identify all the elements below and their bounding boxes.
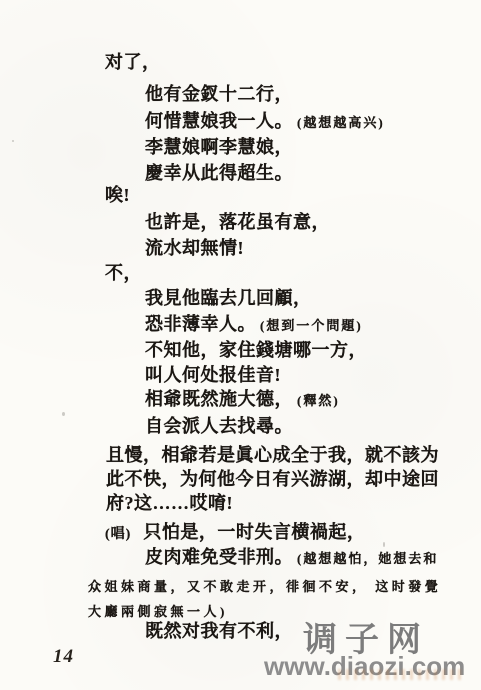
verse-text: 既然对我有不利，	[145, 621, 293, 641]
stage-direction-inline: (越想越高兴)	[297, 115, 385, 130]
verse-text: 我見他臨去几回顧，	[145, 288, 312, 308]
verse-text: 也許是，落花虽有意，	[145, 212, 330, 232]
verse-text: 恐非薄幸人。	[145, 314, 256, 334]
watermark-artifact	[338, 669, 466, 680]
verse-text: 流水却無情!	[145, 238, 244, 258]
verse-text: 相爺既然施大德，	[145, 389, 293, 409]
scan-speck	[62, 412, 65, 416]
script-line-verse: 我見他臨去几回顧，	[145, 288, 312, 308]
prose-text: 此不快，为何他今日有兴游湖，却中途回	[106, 469, 439, 489]
stage-direction-inline: (釋然)	[297, 393, 340, 408]
script-line-verse: 流水却無情!	[145, 238, 244, 258]
script-line-verse: 皮肉难免受非刑。(越想越怕，她想去和	[145, 547, 438, 569]
script-line-verse: 自会派人去找尋。	[145, 416, 293, 436]
verse-text: 只怕是，一时失言横禍起，	[143, 522, 365, 542]
verse-text: 叫人何处报佳音!	[145, 365, 281, 385]
verse-text: 自会派人去找尋。	[145, 416, 293, 436]
page-number: 14	[53, 646, 74, 668]
script-line-cue: 唉!	[105, 185, 130, 205]
script-line-verse: 不知他，家住錢塘哪一方，	[145, 340, 367, 360]
scanned-page: 对了， 他有金釵十二行， 何惜慧娘我一人。(越想越高兴) 李慧娘啊李慧娘， 慶幸…	[0, 0, 481, 690]
script-line-verse: 恐非薄幸人。(想到一个問題)	[145, 314, 363, 336]
script-line-cue: 不，	[105, 263, 142, 283]
stage-direction-line: 大廳兩側寂無一人)	[88, 602, 228, 622]
script-line-sung-verse: (唱)只怕是，一时失言横禍起，	[105, 522, 365, 545]
script-line-prose: 且慢，相爺若是眞心成全于我，就不該为	[106, 445, 439, 465]
stage-direction-text: 大廳兩側寂無一人)	[88, 604, 228, 619]
verse-text: 皮肉难免受非刑。	[145, 547, 293, 567]
script-line-cue: 对了，	[105, 52, 161, 72]
verse-text: 何惜慧娘我一人。	[145, 111, 293, 131]
script-line-prose: 府?这……哎唷!	[106, 493, 233, 513]
script-line-verse: 他有金釵十二行，	[145, 84, 293, 104]
sing-tag: (唱)	[105, 527, 131, 542]
script-line-verse: 李慧娘啊李慧娘，	[145, 137, 293, 157]
verse-text: 李慧娘啊李慧娘，	[145, 137, 293, 157]
stage-direction-inline: (想到一个問題)	[260, 318, 363, 333]
scan-speck	[12, 140, 14, 142]
verse-text: 慶幸从此得超生。	[145, 163, 293, 183]
stage-direction-text: 众姐妹商量，又不敢走开，徘徊不安， 这时發覺	[88, 579, 441, 594]
script-line-verse: 也許是，落花虽有意，	[145, 212, 330, 232]
verse-text: 他有金釵十二行，	[145, 84, 293, 104]
script-line-verse: 何惜慧娘我一人。(越想越高兴)	[145, 111, 385, 133]
scan-speck	[383, 542, 385, 547]
script-line-verse: 叫人何处报佳音!	[145, 365, 281, 385]
script-line-verse: 既然对我有不利，	[145, 621, 293, 641]
script-line-verse: 慶幸从此得超生。	[145, 163, 293, 183]
cue-text: 对了，	[105, 52, 161, 72]
script-line-verse: 相爺既然施大德，(釋然)	[145, 389, 340, 411]
stage-direction-inline: (越想越怕，她想去和	[297, 551, 438, 566]
stage-direction-line: 众姐妹商量，又不敢走开，徘徊不安， 这时發覺	[88, 577, 441, 597]
verse-text: 不知他，家住錢塘哪一方，	[145, 340, 367, 360]
script-line-prose: 此不快，为何他今日有兴游湖，却中途回	[106, 469, 439, 489]
cue-text: 不，	[105, 263, 142, 283]
prose-text: 府?这……哎唷!	[106, 493, 233, 513]
prose-text: 且慢，相爺若是眞心成全于我，就不該为	[106, 445, 439, 465]
cue-text: 唉!	[105, 185, 130, 205]
